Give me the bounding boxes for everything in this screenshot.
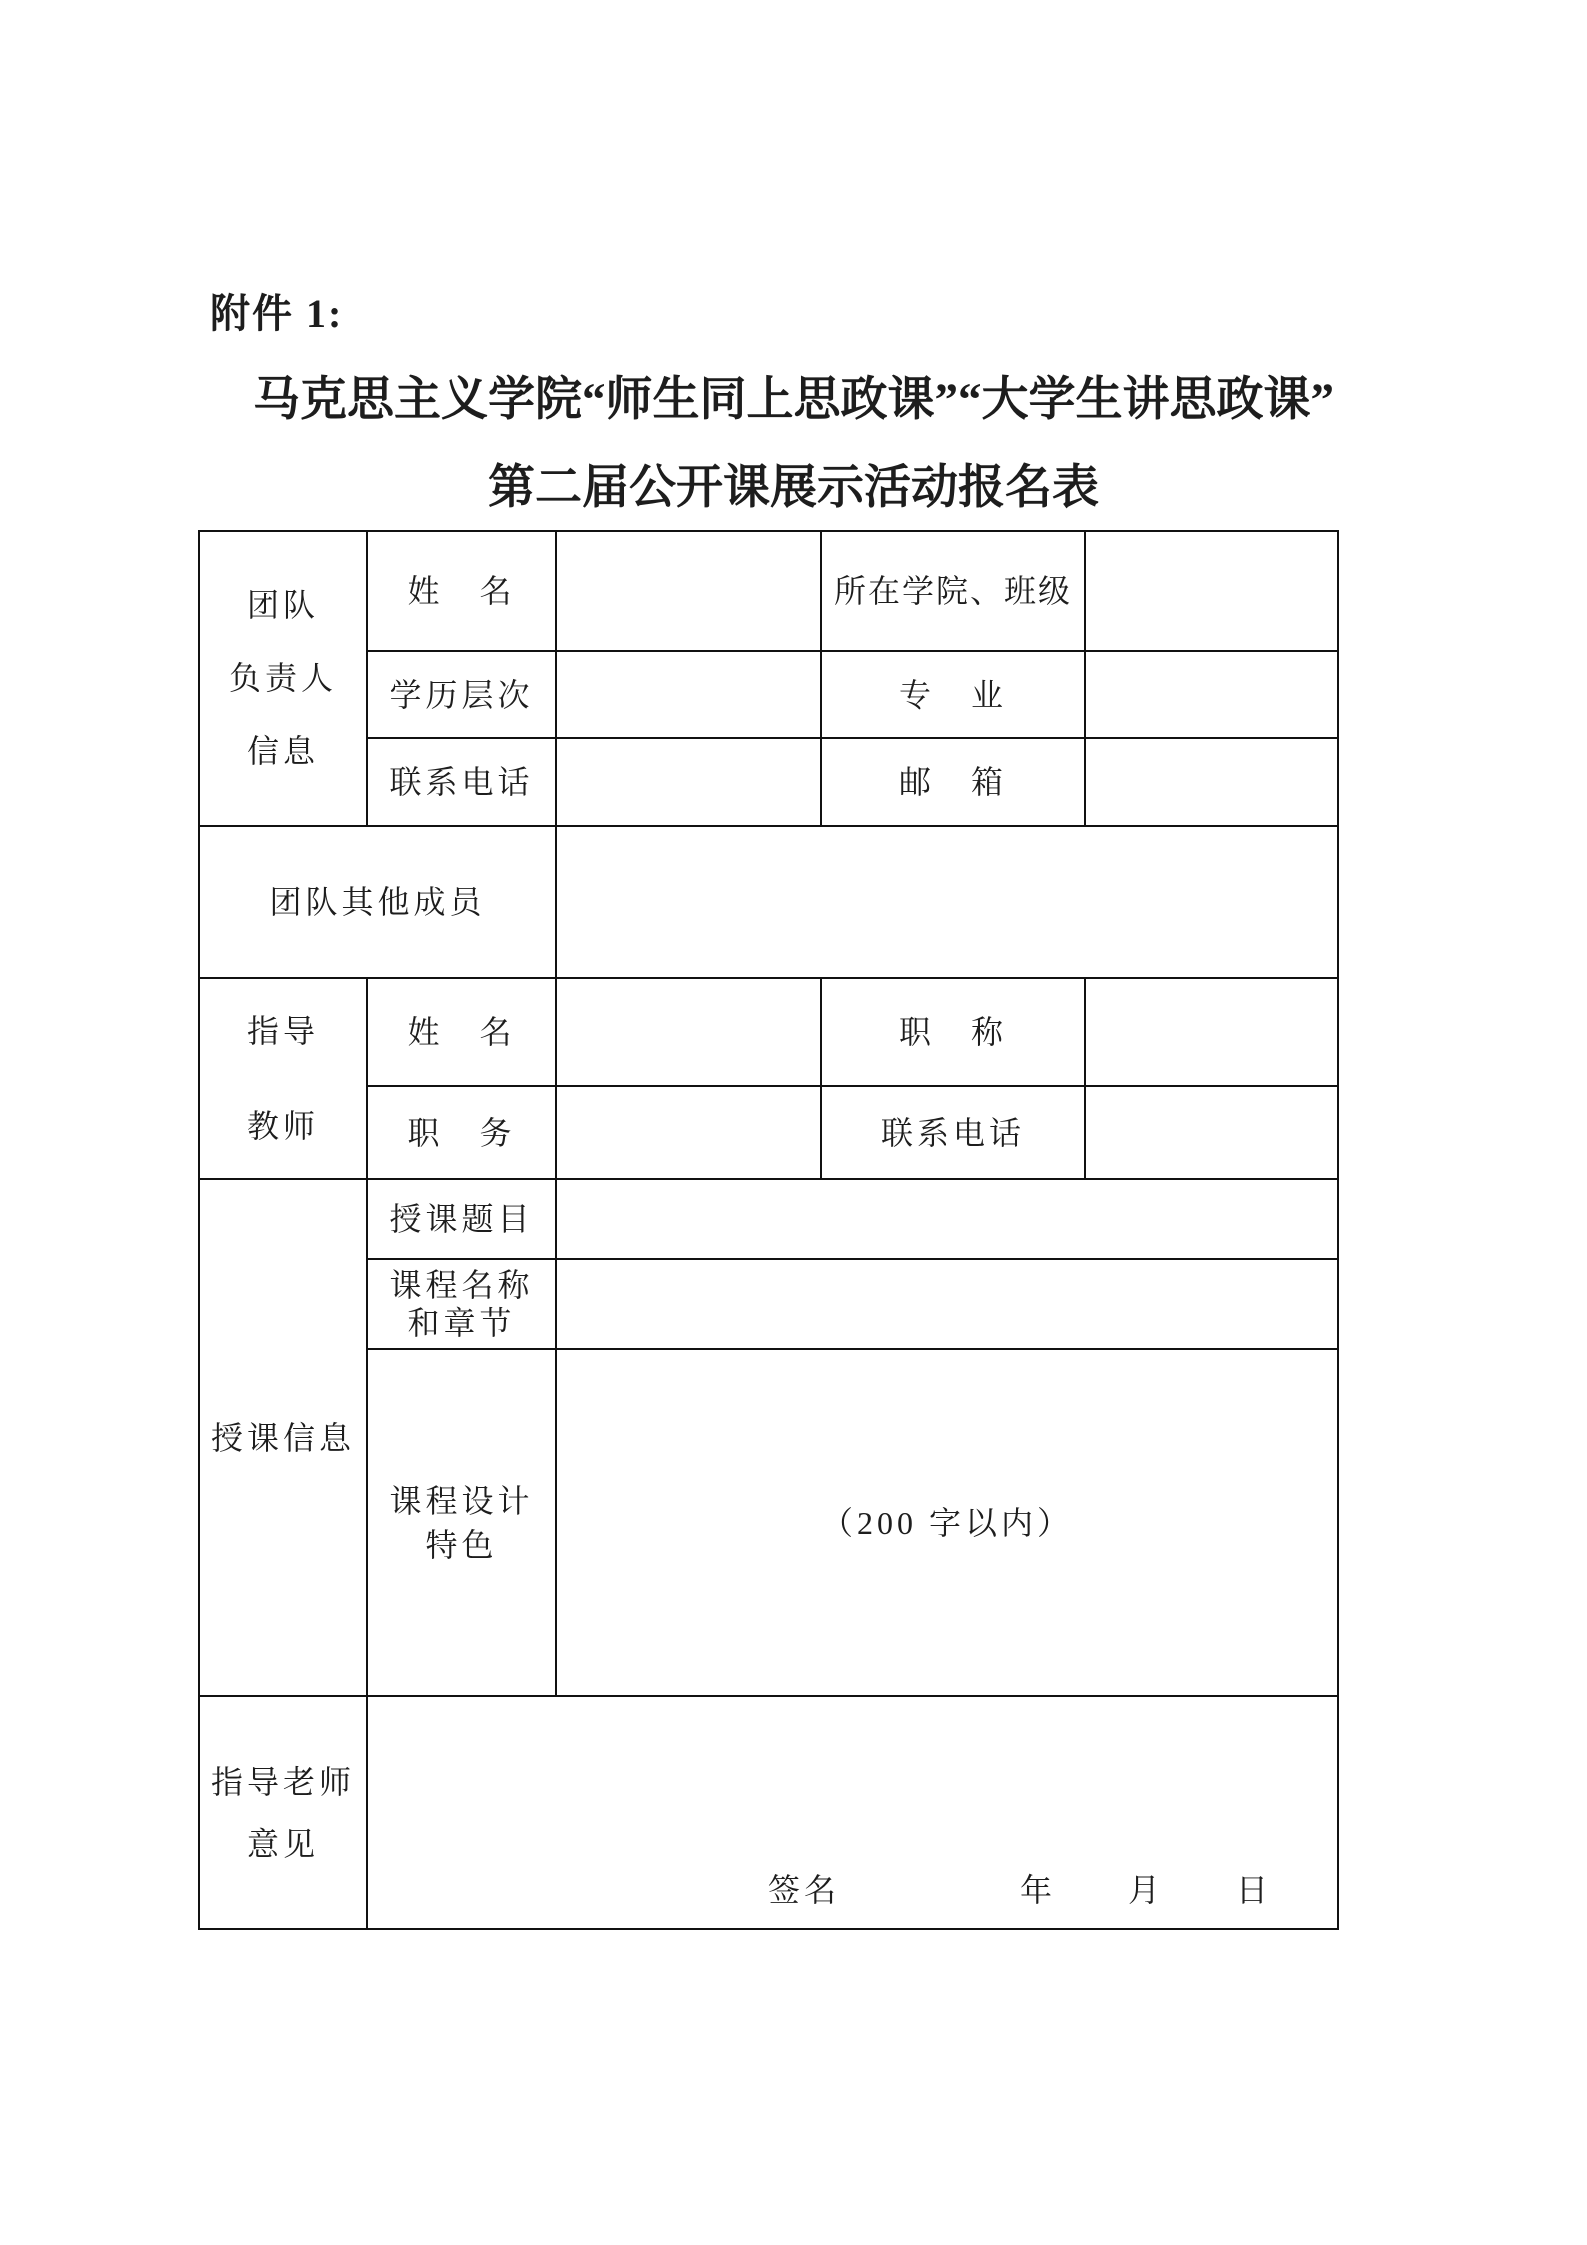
document-page: 附件 1: 马克思主义学院“师生同上思政课”“大学生讲思政课” 第二届公开课展示… (0, 0, 1587, 2245)
leader-phone-value-cell (557, 739, 822, 827)
teaching-topic-value-cell (557, 1180, 1337, 1260)
advisor-name-value-cell (557, 979, 822, 1087)
leader-college-class-value-cell (1086, 532, 1337, 652)
attachment-label: 附件 1: (210, 282, 343, 339)
opinion-section-header: 指导老师 意见 (200, 1697, 368, 1928)
advisor-title-value-cell (1086, 979, 1337, 1087)
leader-name-value-cell (557, 532, 822, 652)
advisor-phone-label: 联系电话 (822, 1087, 1086, 1180)
leader-name-label: 姓 名 (368, 532, 557, 652)
leader-college-class-label: 所在学院、班级 (822, 532, 1086, 652)
other-members-label: 团队其他成员 (200, 827, 557, 979)
leader-email-value-cell (1086, 739, 1337, 827)
registration-form-table: 团队 负责人 信息 姓 名 所在学院、班级 学历层次 专 业 联系电话 邮 箱 … (198, 530, 1339, 1930)
team-leader-section-header: 团队 负责人 信息 (200, 532, 368, 827)
advisor-section-header: 指导 教师 (200, 979, 368, 1180)
advisor-phone-value-cell (1086, 1087, 1337, 1180)
document-title-line1: 马克思主义学院“师生同上思政课”“大学生讲思政课” (0, 362, 1587, 429)
advisor-duty-value-cell (557, 1087, 822, 1180)
leader-major-label: 专 业 (822, 652, 1086, 739)
leader-education-level-value-cell (557, 652, 822, 739)
advisor-title-label: 职 称 (822, 979, 1086, 1087)
opinion-signature-cell: 签名 年 月 日 (368, 1697, 1337, 1928)
teaching-section-header: 授课信息 (200, 1180, 368, 1697)
teaching-course-value-cell (557, 1260, 1337, 1350)
teaching-topic-label: 授课题目 (368, 1180, 557, 1260)
teaching-design-label: 课程设计 特色 (368, 1350, 557, 1697)
leader-email-label: 邮 箱 (822, 739, 1086, 827)
document-title-line2: 第二届公开课展示活动报名表 (0, 450, 1587, 517)
teaching-course-label: 课程名称 和章节 (368, 1260, 557, 1350)
leader-major-value-cell (1086, 652, 1337, 739)
advisor-name-label: 姓 名 (368, 979, 557, 1087)
teaching-design-hint-cell: （200 字以内） (557, 1350, 1337, 1697)
leader-education-level-label: 学历层次 (368, 652, 557, 739)
advisor-duty-label: 职 务 (368, 1087, 557, 1180)
other-members-value-cell (557, 827, 1337, 979)
leader-phone-label: 联系电话 (368, 739, 557, 827)
